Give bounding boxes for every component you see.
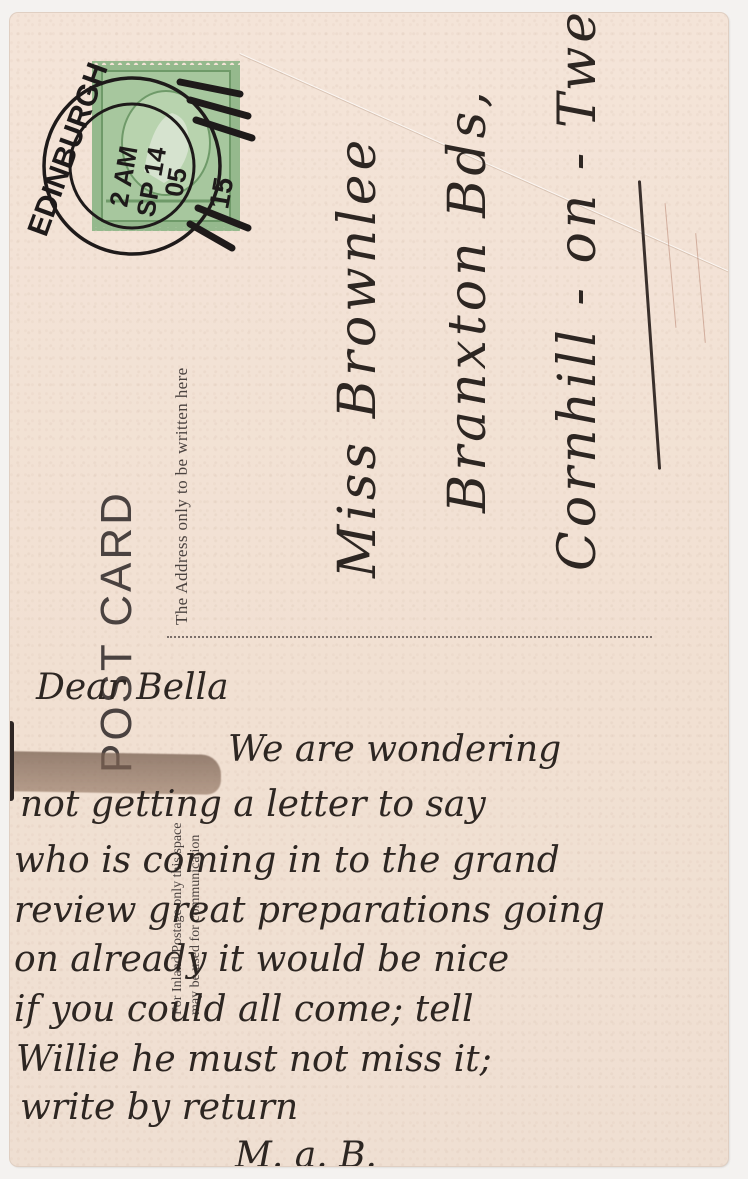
ink-smudge-edge — [10, 721, 14, 801]
message-salutation: Dear Bella — [36, 663, 229, 713]
faint-pencil-line — [665, 203, 677, 328]
message-line: review great preparations going — [14, 886, 605, 936]
svg-text:05: 05 — [158, 165, 193, 199]
address-line-street: Branxton Bds, — [438, 87, 498, 513]
message-line: We are wondering — [228, 725, 561, 775]
faint-pencil-line — [695, 233, 706, 343]
svg-text:15: 15 — [203, 175, 239, 211]
message-line: who is coming in to the grand — [14, 836, 560, 886]
address-line-town: Cornhill - on - Tweed — [548, 13, 608, 571]
pen-stroke — [638, 180, 661, 470]
postmark-town: EDINBURGH — [22, 58, 115, 240]
message-line: not getting a letter to say — [20, 780, 486, 830]
post-card-title: POST CARD — [92, 490, 142, 773]
postcard: EDINBURGH 2 AM SP 14 05 15 POST CARD The… — [10, 13, 728, 1166]
message-line: on already it would be nice — [14, 935, 509, 985]
message-signature: M. a. B. — [235, 1131, 377, 1166]
address-line-name: Miss Brownlee — [328, 136, 388, 578]
dotted-divider — [167, 636, 652, 638]
postmark-icon: EDINBURGH 2 AM SP 14 05 15 — [22, 58, 262, 258]
address-notice: The Address only to be written here — [172, 367, 192, 625]
message-line: write by return — [20, 1083, 298, 1133]
message-line: Willie he must not miss it; — [16, 1035, 492, 1085]
message-line: if you could all come; tell — [14, 985, 474, 1035]
